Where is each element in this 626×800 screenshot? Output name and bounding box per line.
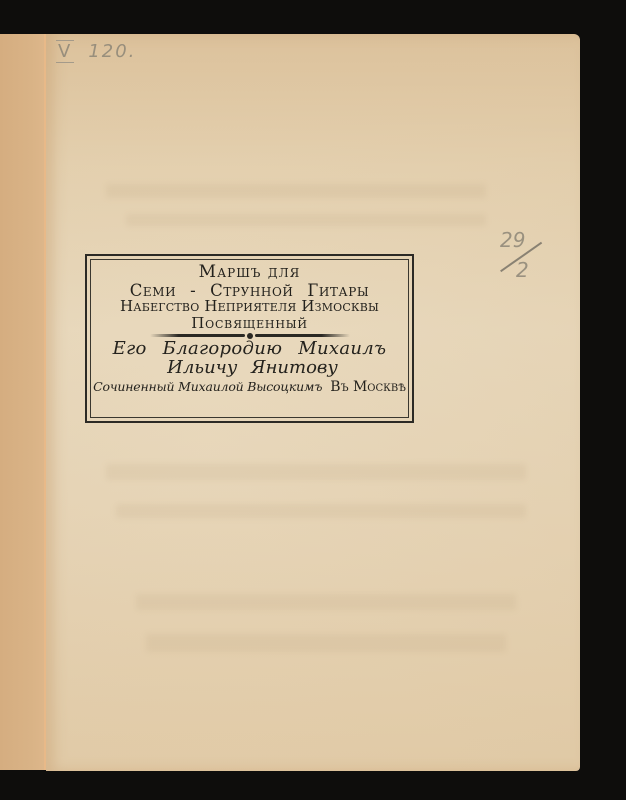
- bleed-through-staff: [136, 594, 516, 610]
- dedicatee-line-2: Ильичу Янитову: [97, 359, 408, 378]
- place-of-publication: Въ Москвѣ: [330, 379, 406, 395]
- title-line: Маршъ для: [91, 264, 408, 282]
- scan-canvas: V120. 29 2 Маршъ для Семи - Струнной Гит…: [0, 0, 626, 800]
- bleed-through-staff: [106, 184, 486, 198]
- title-cartouche-inner: Маршъ для Семи - Струнной Гитары Набегст…: [90, 259, 409, 418]
- bleed-through-staff: [106, 464, 526, 480]
- title-cartouche: Маршъ для Семи - Струнной Гитары Набегст…: [85, 254, 414, 423]
- folio-number: 29: [500, 228, 525, 252]
- subtitle-line: Набегство Неприятеля Измосквы: [91, 299, 408, 315]
- folio-annotation: 29 2: [494, 228, 544, 292]
- shelfmark-number: 120.: [88, 41, 136, 62]
- composer-credit: Сочиненный Михаилой Высоцкимъ: [93, 379, 322, 394]
- shelfmark-roman: V: [56, 40, 74, 63]
- shelfmark-annotation: V120.: [56, 40, 136, 63]
- composer-line: Сочиненный Михаилой Высоцкимъ Въ Москвѣ: [91, 380, 408, 395]
- dedicatee-line-1: Его Благородию Михаилъ: [91, 340, 408, 359]
- bleed-through-staff: [116, 504, 526, 518]
- dedication-heading: Посвященный: [91, 316, 408, 332]
- manuscript-page: V120. 29 2 Маршъ для Семи - Струнной Гит…: [46, 34, 580, 771]
- folio-subnumber: 2: [516, 258, 529, 282]
- bleed-through-staff: [146, 634, 506, 652]
- previous-page-edge: [0, 34, 46, 770]
- bleed-through-staff: [126, 214, 486, 226]
